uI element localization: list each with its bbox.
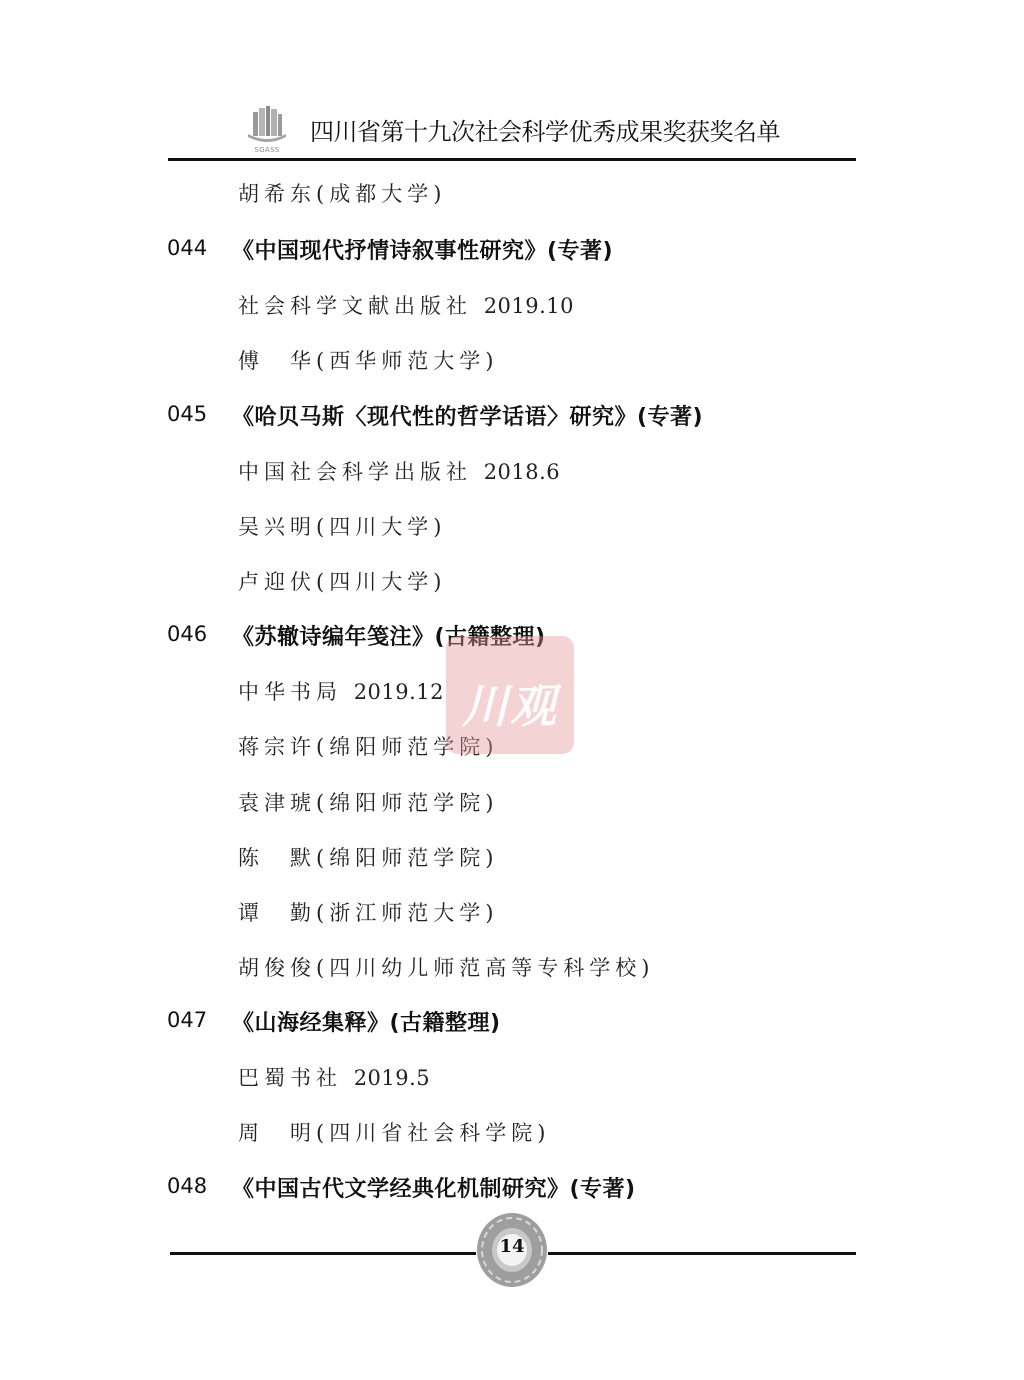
entry-publication: 中华书局 2019.12 [238, 676, 444, 706]
entry-publication: 社会科学文献出版社 2019.10 [238, 290, 574, 320]
author: 吴兴明(四川大学) [238, 511, 446, 541]
publisher: 巴蜀书社 [238, 1066, 342, 1090]
page-number: 14 [476, 1236, 548, 1257]
author: 卢迎伏(四川大学) [238, 566, 446, 596]
entry-number: 047 [167, 1008, 207, 1032]
author: 胡俊俊(四川幼儿师范高等专科学校) [238, 952, 654, 982]
sgass-logo: SGASS [244, 104, 290, 154]
entry-publication: 巴蜀书社 2019.5 [238, 1062, 430, 1092]
publisher: 中国社会科学出版社 [238, 460, 472, 484]
logo-text: SGASS [244, 146, 290, 154]
entry-publication: 中国社会科学出版社 2018.6 [238, 456, 560, 486]
publisher: 中华书局 [238, 680, 342, 704]
page-header: SGASS 四川省第十九次社会科学优秀成果奖获奖名单 [168, 98, 856, 160]
continued-author: 胡希东(成都大学) [238, 178, 446, 208]
entry-number: 048 [167, 1174, 207, 1198]
watermark: 川观 [446, 636, 574, 754]
author: 周 明(四川省社会科学院) [238, 1117, 550, 1147]
entry-number: 045 [167, 402, 207, 426]
footer-divider-left [170, 1252, 476, 1255]
footer-divider-right [548, 1252, 856, 1255]
entry-title: 《山海经集释》(古籍整理) [232, 1006, 501, 1037]
watermark-text: 川观 [446, 670, 574, 736]
entry-number: 044 [167, 236, 207, 260]
publish-date: 2019.12 [354, 680, 444, 704]
entry-number: 046 [167, 622, 207, 646]
entry-title: 《中国现代抒情诗叙事性研究》(专著) [232, 234, 613, 265]
author: 袁津琥(绵阳师范学院) [238, 787, 498, 817]
publisher: 社会科学文献出版社 [238, 294, 472, 318]
header-divider [168, 158, 856, 161]
author: 谭 勤(浙江师范大学) [238, 897, 498, 927]
page-title: 四川省第十九次社会科学优秀成果奖获奖名单 [310, 112, 780, 147]
entry-title: 《哈贝马斯〈现代性的哲学话语〉研究》(专著) [232, 400, 703, 431]
publish-date: 2019.5 [354, 1066, 430, 1090]
publish-date: 2019.10 [484, 294, 574, 318]
author: 陈 默(绵阳师范学院) [238, 842, 498, 872]
entry-title: 《中国古代文学经典化机制研究》(专著) [232, 1172, 636, 1203]
building-icon [244, 104, 290, 144]
author: 傅 华(西华师范大学) [238, 345, 498, 375]
publish-date: 2018.6 [484, 460, 560, 484]
page-number-badge: 14 [476, 1212, 548, 1288]
